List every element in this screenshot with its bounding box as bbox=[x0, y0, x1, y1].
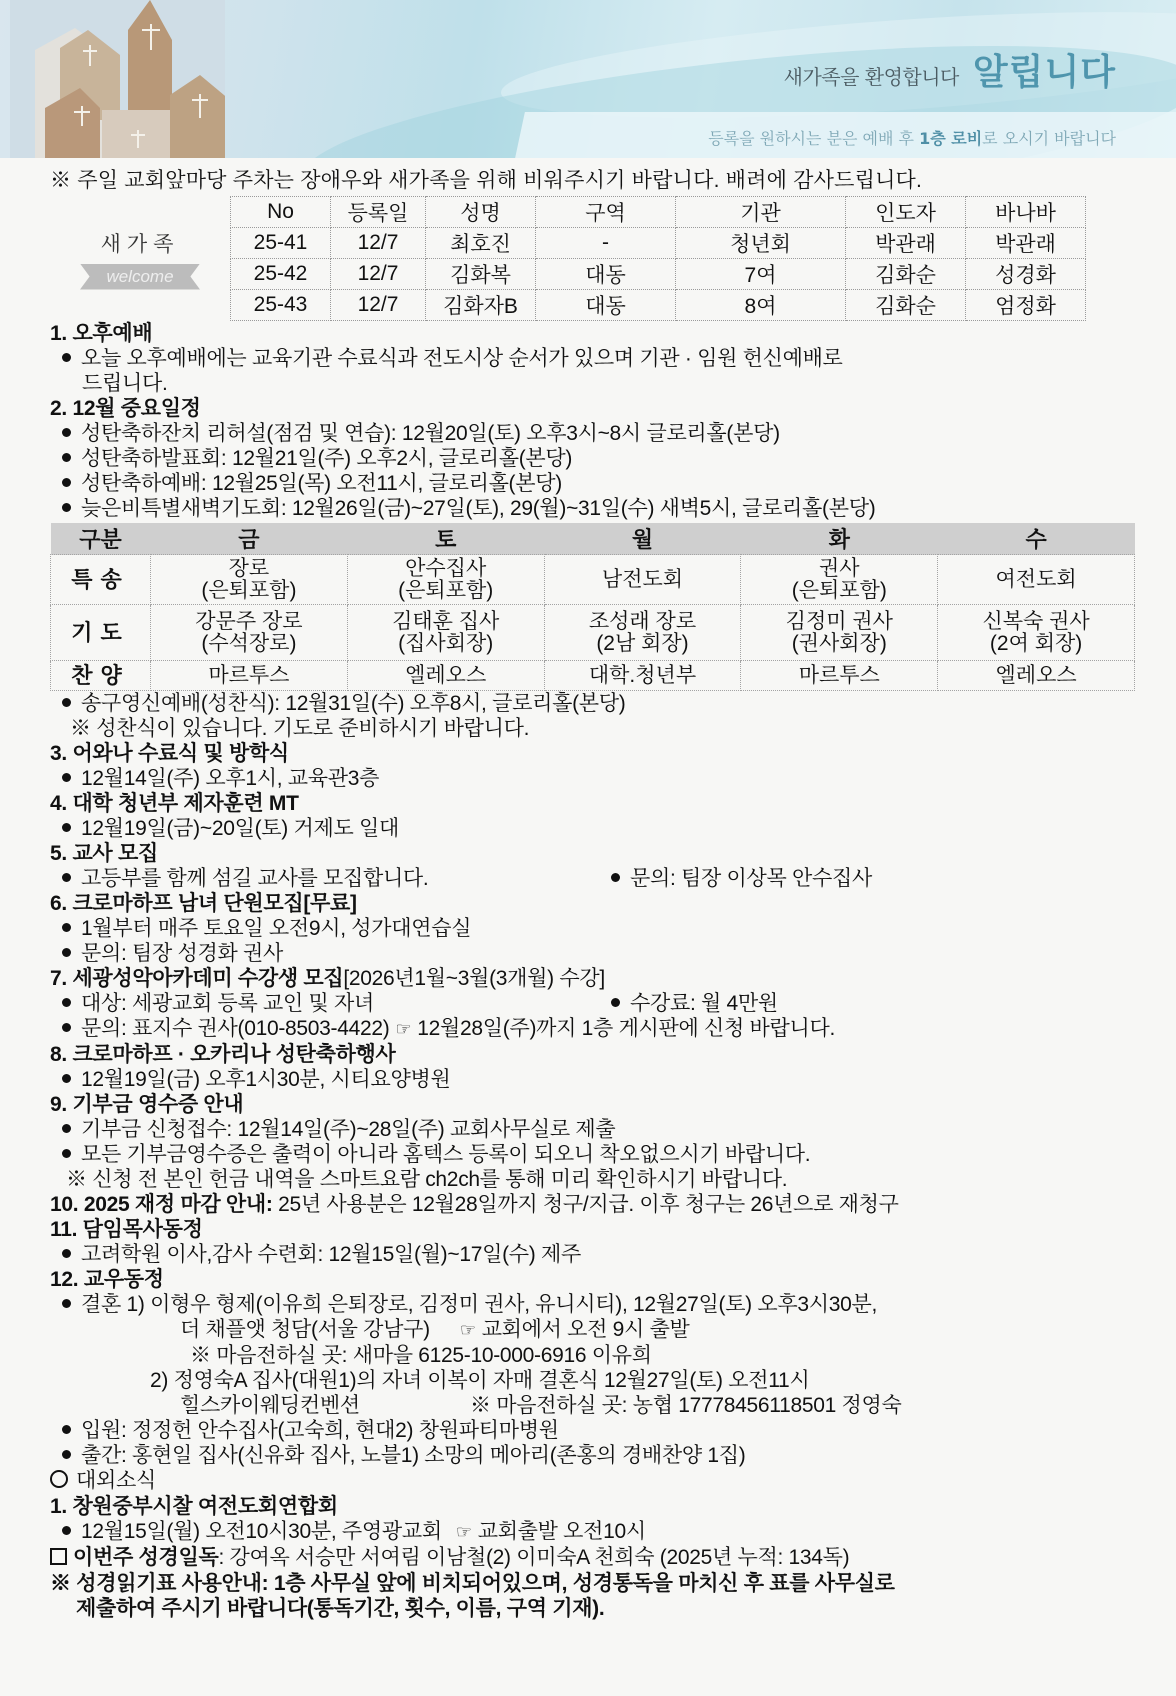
subtitle-text: 로 오시기 바랍니다 bbox=[982, 129, 1116, 148]
item-text: 12월28일(주)까지 1층 게시판에 신청 바랍니다. bbox=[417, 1017, 835, 1040]
section-title: 9. 기부금 영수증 안내 bbox=[50, 1092, 1140, 1117]
table-row: 25-41 12/7 최호진 - 청년회 박관래 박관래 bbox=[231, 228, 1086, 259]
list-item: 성탄축하발표회: 12월21일(주) 오후2시, 글로리홀(본당) bbox=[50, 446, 1140, 471]
row-header: 기도 bbox=[51, 605, 151, 661]
cell: 12/7 bbox=[331, 259, 426, 290]
list-item: 오늘 오후예배에는 교육기관 수료식과 전도시상 순서가 있으며 기관 · 임원… bbox=[50, 346, 1140, 371]
bible-reading-names: : 강여옥 서승만 서여림 이남철(2) 이미숙A 천희숙 (2025년 누적:… bbox=[218, 1546, 849, 1569]
cell: 신복숙 권사(2여 회장) bbox=[938, 605, 1135, 661]
dawn-prayer-schedule-table: 구분 금 토 월 화 수 특송 장로(은퇴포함) 안수집사(은퇴포함) 남전도회… bbox=[50, 523, 1135, 691]
section-title: 1. 오후예배 bbox=[50, 321, 1140, 346]
list-item: 12월14일(주) 오후1시, 교육관3층 bbox=[50, 766, 1140, 791]
column-header: 기관 bbox=[676, 197, 846, 228]
item-text: 12월19일(금)~20일(토) 거제도 일대 bbox=[81, 817, 399, 840]
list-item-continued: 힐스카이웨딩컨벤션※ 마음전하실 곳: 농협 17778456118501 정영… bbox=[50, 1393, 1140, 1418]
table-row: 기도 강문주 장로(수석장로) 김태훈 집사(집사회장) 조성래 장로(2남 회… bbox=[51, 605, 1135, 661]
bullet-icon bbox=[62, 1249, 71, 1258]
list-item: 송구영신예배(성찬식): 12월31일(수) 오후8시, 글로리홀(본당) bbox=[50, 691, 1140, 716]
column-header: No bbox=[231, 197, 331, 228]
item-text: 교회출발 오전10시 bbox=[478, 1520, 646, 1543]
item-text: 대상: 세광교회 등록 교인 및 자녀 bbox=[81, 991, 611, 1016]
section-title: 4. 대학 청년부 제자훈련 MT bbox=[50, 791, 1140, 816]
section-text: 25년 사용분은 12월28일까지 청구/지급. 이후 청구는 26년으로 재청… bbox=[273, 1193, 899, 1216]
bullet-icon bbox=[62, 353, 71, 362]
column-header: 수 bbox=[938, 523, 1135, 555]
table-header-row: No 등록일 성명 구역 기관 인도자 바나바 bbox=[231, 197, 1086, 228]
bullet-icon bbox=[62, 1526, 71, 1535]
cell: 남전도회 bbox=[544, 555, 741, 605]
cell: 여전도회 bbox=[938, 555, 1135, 605]
column-header: 금 bbox=[151, 523, 348, 555]
cell: 12/7 bbox=[331, 228, 426, 259]
list-item: 고등부를 함께 섬길 교사를 모집합니다.문의: 팀장 이상목 안수집사 bbox=[50, 866, 1140, 891]
section-title: 8. 크로마하프 · 오카리나 성탄축하행사 bbox=[50, 1042, 1140, 1067]
newcomer-table: No 등록일 성명 구역 기관 인도자 바나바 25-41 12/7 최호진 -… bbox=[230, 196, 1086, 321]
bullet-icon bbox=[611, 873, 620, 882]
cell: 김정미 권사(권사회장) bbox=[741, 605, 938, 661]
list-item: 늦은비특별새벽기도회: 12월26일(금)~27일(토), 29(월)~31일(… bbox=[50, 496, 1140, 521]
bullet-icon bbox=[62, 1450, 71, 1459]
cell: 강문주 장로(수석장로) bbox=[151, 605, 348, 661]
subtitle-text: 등록을 원하시는 분은 예배 후 bbox=[708, 129, 919, 148]
section-title-text: 7. 세광성악아카데미 수강생 모집 bbox=[50, 967, 343, 990]
column-header: 구역 bbox=[536, 197, 676, 228]
item-text: 1월부터 매주 토요일 오전9시, 성가대연습실 bbox=[81, 917, 471, 940]
list-item: 1월부터 매주 토요일 오전9시, 성가대연습실 bbox=[50, 916, 1140, 941]
note: ※ 신청 전 본인 헌금 내역을 스마트요람 ch2ch를 통해 미리 확인하시… bbox=[50, 1167, 1140, 1192]
section-title: 2. 12월 중요일정 bbox=[50, 396, 1140, 421]
item-text: 성탄축하예배: 12월25일(목) 오전11시, 글로리홀(본당) bbox=[81, 472, 562, 495]
section-title: 11. 담임목사동정 bbox=[50, 1217, 1140, 1242]
section-title-text: 10. 2025 재정 마감 안내: bbox=[50, 1193, 273, 1216]
list-item: 고려학원 이사,감사 수련회: 12월15일(월)~17일(수) 제주 bbox=[50, 1242, 1140, 1267]
column-header: 바나바 bbox=[966, 197, 1086, 228]
cell: 8여 bbox=[676, 290, 846, 321]
section-title: 7. 세광성악아카데미 수강생 모집[2026년1월~3월(3개월) 수강] bbox=[50, 966, 1140, 991]
cell: 엄정화 bbox=[966, 290, 1086, 321]
bible-reading-note: 제출하여 주시기 바랍니다(통독기간, 횟수, 이름, 구역 기재). bbox=[50, 1596, 1140, 1621]
note: ※ 성찬식이 있습니다. 기도로 준비하시기 바랍니다. bbox=[50, 716, 1140, 741]
bullet-icon bbox=[62, 1074, 71, 1083]
bullet-icon bbox=[611, 998, 620, 1007]
item-text: 문의: 팀장 성경화 권사 bbox=[81, 942, 283, 965]
checkbox-square-icon bbox=[50, 1548, 67, 1565]
item-text: 입원: 정정헌 안수집사(고숙희, 현대2) 창원파티마병원 bbox=[81, 1419, 559, 1442]
row-header: 찬양 bbox=[51, 661, 151, 691]
bible-reading-title: 이번주 성경일독 bbox=[73, 1546, 218, 1569]
cell: 청년회 bbox=[676, 228, 846, 259]
parking-notice: ※ 주일 교회앞마당 주차는 장애우와 새가족을 위해 비워주시기 바랍니다. … bbox=[50, 168, 1140, 194]
item-text: 고등부를 함께 섬길 교사를 모집합니다. bbox=[81, 866, 611, 891]
table-row: 25-42 12/7 김화복 대동 7여 김화순 성경화 bbox=[231, 259, 1086, 290]
item-text: 출간: 홍현일 집사(신유화 집사, 노블1) 소망의 메아리(존홍의 경배찬양… bbox=[81, 1444, 745, 1467]
list-item: 성탄축하예배: 12월25일(목) 오전11시, 글로리홀(본당) bbox=[50, 471, 1140, 496]
item-text: 12월15일(월) 오전10시30분, 주영광교회 bbox=[81, 1520, 442, 1543]
list-item: 문의: 표지수 권사(010-8503-4422)☞12월28일(주)까지 1층… bbox=[50, 1016, 1140, 1042]
list-item-continued: 더 채플앳 청담(서울 강남구)☞교회에서 오전 9시 출발 bbox=[50, 1317, 1140, 1343]
item-text: 수강료: 월 4만원 bbox=[630, 992, 778, 1015]
column-header: 인도자 bbox=[846, 197, 966, 228]
item-text: 결혼 1) 이형우 형제(이유희 은퇴장로, 김정미 권사, 유니시티), 12… bbox=[81, 1293, 877, 1316]
section-title: 5. 교사 모집 bbox=[50, 841, 1140, 866]
item-text: 송구영신예배(성찬식): 12월31일(수) 오후8시, 글로리홀(본당) bbox=[81, 692, 625, 715]
bullet-icon bbox=[62, 1023, 71, 1032]
list-item-continued: 2) 정영숙A 집사(대원1)의 자녀 이복이 자매 결혼식 12월27일(토)… bbox=[50, 1368, 1140, 1393]
column-header: 토 bbox=[347, 523, 544, 555]
table-header-row: 구분 금 토 월 화 수 bbox=[51, 523, 1135, 555]
cell: 12/7 bbox=[331, 290, 426, 321]
list-item: 문의: 팀장 성경화 권사 bbox=[50, 941, 1140, 966]
cell: 7여 bbox=[676, 259, 846, 290]
column-header: 화 bbox=[741, 523, 938, 555]
item-text: 문의: 팀장 이상목 안수집사 bbox=[630, 867, 872, 890]
cell: 대동 bbox=[536, 290, 676, 321]
newcomer-label-text: 새가족 bbox=[101, 228, 180, 258]
bullet-icon bbox=[62, 948, 71, 957]
bullet-icon bbox=[62, 503, 71, 512]
cell: 김화순 bbox=[846, 290, 966, 321]
list-item: 12월19일(금) 오후1시30분, 시티요양병원 bbox=[50, 1067, 1140, 1092]
cell: 엘레오스 bbox=[938, 661, 1135, 691]
cell: 박관래 bbox=[966, 228, 1086, 259]
note: ※ 마음전하실 곳: 새마을 6125-10-000-6916 이유희 bbox=[50, 1343, 1140, 1368]
cell: 25-43 bbox=[231, 290, 331, 321]
church-illustration-icon bbox=[10, 0, 225, 158]
item-text: 모든 기부금영수증은 출력이 아니라 홈텍스 등록이 되오니 착오없으시기 바랍… bbox=[81, 1143, 810, 1166]
item-text: 12월19일(금) 오후1시30분, 시티요양병원 bbox=[81, 1068, 450, 1091]
list-item: 대상: 세광교회 등록 교인 및 자녀수강료: 월 4만원 bbox=[50, 991, 1140, 1016]
bullet-icon bbox=[62, 428, 71, 437]
circle-icon bbox=[50, 1470, 68, 1488]
heading-text: 대외소식 bbox=[76, 1469, 156, 1492]
bible-reading-note: ※ 성경읽기표 사용안내: 1층 사무실 앞에 비치되어있으며, 성경통독을 마… bbox=[50, 1571, 1140, 1596]
section-title: 12. 교우동정 bbox=[50, 1267, 1140, 1292]
list-item: 12월15일(월) 오전10시30분, 주영광교회☞교회출발 오전10시 bbox=[50, 1519, 1140, 1545]
bullet-icon bbox=[62, 998, 71, 1007]
column-header: 구분 bbox=[51, 523, 151, 555]
section-title: 10. 2025 재정 마감 안내: 25년 사용분은 12월28일까지 청구/… bbox=[50, 1192, 1140, 1217]
welcome-ribbon: welcome bbox=[80, 264, 200, 290]
cell: 25-42 bbox=[231, 259, 331, 290]
item-text: 12월14일(주) 오후1시, 교육관3층 bbox=[81, 767, 379, 790]
newcomer-label: 새가족 welcome bbox=[50, 196, 230, 321]
bible-reading-line: 이번주 성경일독: 강여옥 서승만 서여림 이남철(2) 이미숙A 천희숙 (2… bbox=[50, 1545, 1140, 1571]
cell: 성경화 bbox=[966, 259, 1086, 290]
announcements: ※ 주일 교회앞마당 주차는 장애우와 새가족을 위해 비워주시기 바랍니다. … bbox=[50, 168, 1140, 1621]
newcomer-section: 새가족 welcome No 등록일 성명 구역 기관 인도자 바나바 25-4… bbox=[50, 196, 1140, 321]
section-title: 3. 어와나 수료식 및 방학식 bbox=[50, 741, 1140, 766]
pointing-hand-icon: ☞ bbox=[460, 1318, 476, 1343]
cell: 조성래 장로(2남 회장) bbox=[544, 605, 741, 661]
bullet-icon bbox=[62, 873, 71, 882]
list-item: 성탄축하잔치 리허설(점검 및 연습): 12월20일(토) 오후3시~8시 글… bbox=[50, 421, 1140, 446]
external-news-heading: 대외소식 bbox=[50, 1468, 1140, 1494]
column-header: 월 bbox=[544, 523, 741, 555]
item-text: ※ 마음전하실 곳: 농협 17778456118501 정영숙 bbox=[470, 1394, 902, 1417]
column-header: 성명 bbox=[426, 197, 536, 228]
bullet-icon bbox=[62, 923, 71, 932]
cell: 권사(은퇴포함) bbox=[741, 555, 938, 605]
list-item: 입원: 정정헌 안수집사(고숙희, 현대2) 창원파티마병원 bbox=[50, 1418, 1140, 1443]
item-text: 성탄축하발표회: 12월21일(주) 오후2시, 글로리홀(본당) bbox=[81, 447, 572, 470]
cell: 장로(은퇴포함) bbox=[151, 555, 348, 605]
bullet-icon bbox=[62, 773, 71, 782]
table-row: 특송 장로(은퇴포함) 안수집사(은퇴포함) 남전도회 권사(은퇴포함) 여전도… bbox=[51, 555, 1135, 605]
section-title-tail: [2026년1월~3월(3개월) 수강] bbox=[343, 967, 605, 990]
item-text: 문의: 표지수 권사(010-8503-4422) bbox=[81, 1017, 389, 1040]
header-banner: 새가족을 환영합니다 알립니다 등록을 원하시는 분은 예배 후 1층 로비로 … bbox=[0, 0, 1176, 158]
subtitle-highlight: 1층 로비 bbox=[919, 129, 982, 148]
cell: 대동 bbox=[536, 259, 676, 290]
item-text: 오늘 오후예배에는 교육기관 수료식과 전도시상 순서가 있으며 기관 · 임원… bbox=[81, 347, 843, 370]
cell: 마르투스 bbox=[151, 661, 348, 691]
cell: 대학.청년부 bbox=[544, 661, 741, 691]
item-text: 교회에서 오전 9시 출발 bbox=[482, 1318, 690, 1341]
item-text: 성탄축하잔치 리허설(점검 및 연습): 12월20일(토) 오후3시~8시 글… bbox=[81, 422, 780, 445]
cell: 박관래 bbox=[846, 228, 966, 259]
list-item: 기부금 신청접수: 12월14일(주)~28일(주) 교회사무실로 제출 bbox=[50, 1117, 1140, 1142]
bullet-icon bbox=[62, 1299, 71, 1308]
cell: 엘레오스 bbox=[347, 661, 544, 691]
list-item: 12월19일(금)~20일(토) 거제도 일대 bbox=[50, 816, 1140, 841]
bullet-icon bbox=[62, 453, 71, 462]
bullet-icon bbox=[62, 478, 71, 487]
item-text: 늦은비특별새벽기도회: 12월26일(금)~27일(토), 29(월)~31일(… bbox=[81, 497, 875, 520]
bullet-icon bbox=[62, 1149, 71, 1158]
cell: 안수집사(은퇴포함) bbox=[347, 555, 544, 605]
cell: 마르투스 bbox=[741, 661, 938, 691]
cell: - bbox=[536, 228, 676, 259]
banner-heading: 새가족을 환영합니다 알립니다 bbox=[784, 44, 1116, 95]
cell: 김태훈 집사(집사회장) bbox=[347, 605, 544, 661]
table-row: 찬양 마르투스 엘레오스 대학.청년부 마르투스 엘레오스 bbox=[51, 661, 1135, 691]
item-text: 고려학원 이사,감사 수련회: 12월15일(월)~17일(수) 제주 bbox=[81, 1243, 581, 1266]
bullet-icon bbox=[62, 698, 71, 707]
table-row: 25-43 12/7 김화자B 대동 8여 김화순 엄정화 bbox=[231, 290, 1086, 321]
page-title: 알립니다 bbox=[973, 44, 1116, 95]
welcome-text: 새가족을 환영합니다 bbox=[784, 61, 959, 90]
item-text: 힐스카이웨딩컨벤션 bbox=[180, 1393, 470, 1418]
cell: 25-41 bbox=[231, 228, 331, 259]
list-item: 결혼 1) 이형우 형제(이유희 은퇴장로, 김정미 권사, 유니시티), 12… bbox=[50, 1292, 1140, 1317]
cell: 김화순 bbox=[846, 259, 966, 290]
cell: 김화복 bbox=[426, 259, 536, 290]
row-header: 특송 bbox=[51, 555, 151, 605]
column-header: 등록일 bbox=[331, 197, 426, 228]
cell: 최호진 bbox=[426, 228, 536, 259]
list-item: 출간: 홍현일 집사(신유화 집사, 노블1) 소망의 메아리(존홍의 경배찬양… bbox=[50, 1443, 1140, 1468]
banner-subtitle: 등록을 원하시는 분은 예배 후 1층 로비로 오시기 바랍니다 bbox=[708, 126, 1116, 149]
item-text: 기부금 신청접수: 12월14일(주)~28일(주) 교회사무실로 제출 bbox=[81, 1118, 615, 1141]
item-text: 더 채플앳 청담(서울 강남구) bbox=[180, 1318, 430, 1341]
section-title: 1. 창원중부시찰 여전도회연합회 bbox=[50, 1494, 1140, 1519]
bullet-icon bbox=[62, 1425, 71, 1434]
pointing-hand-icon: ☞ bbox=[395, 1017, 411, 1042]
cell: 김화자B bbox=[426, 290, 536, 321]
bullet-icon bbox=[62, 823, 71, 832]
list-item-continued: 드립니다. bbox=[50, 371, 1140, 396]
section-title: 6. 크로마하프 남녀 단원모집[무료] bbox=[50, 891, 1140, 916]
pointing-hand-icon: ☞ bbox=[456, 1520, 472, 1545]
bullet-icon bbox=[62, 1124, 71, 1133]
list-item: 모든 기부금영수증은 출력이 아니라 홈텍스 등록이 되오니 착오없으시기 바랍… bbox=[50, 1142, 1140, 1167]
